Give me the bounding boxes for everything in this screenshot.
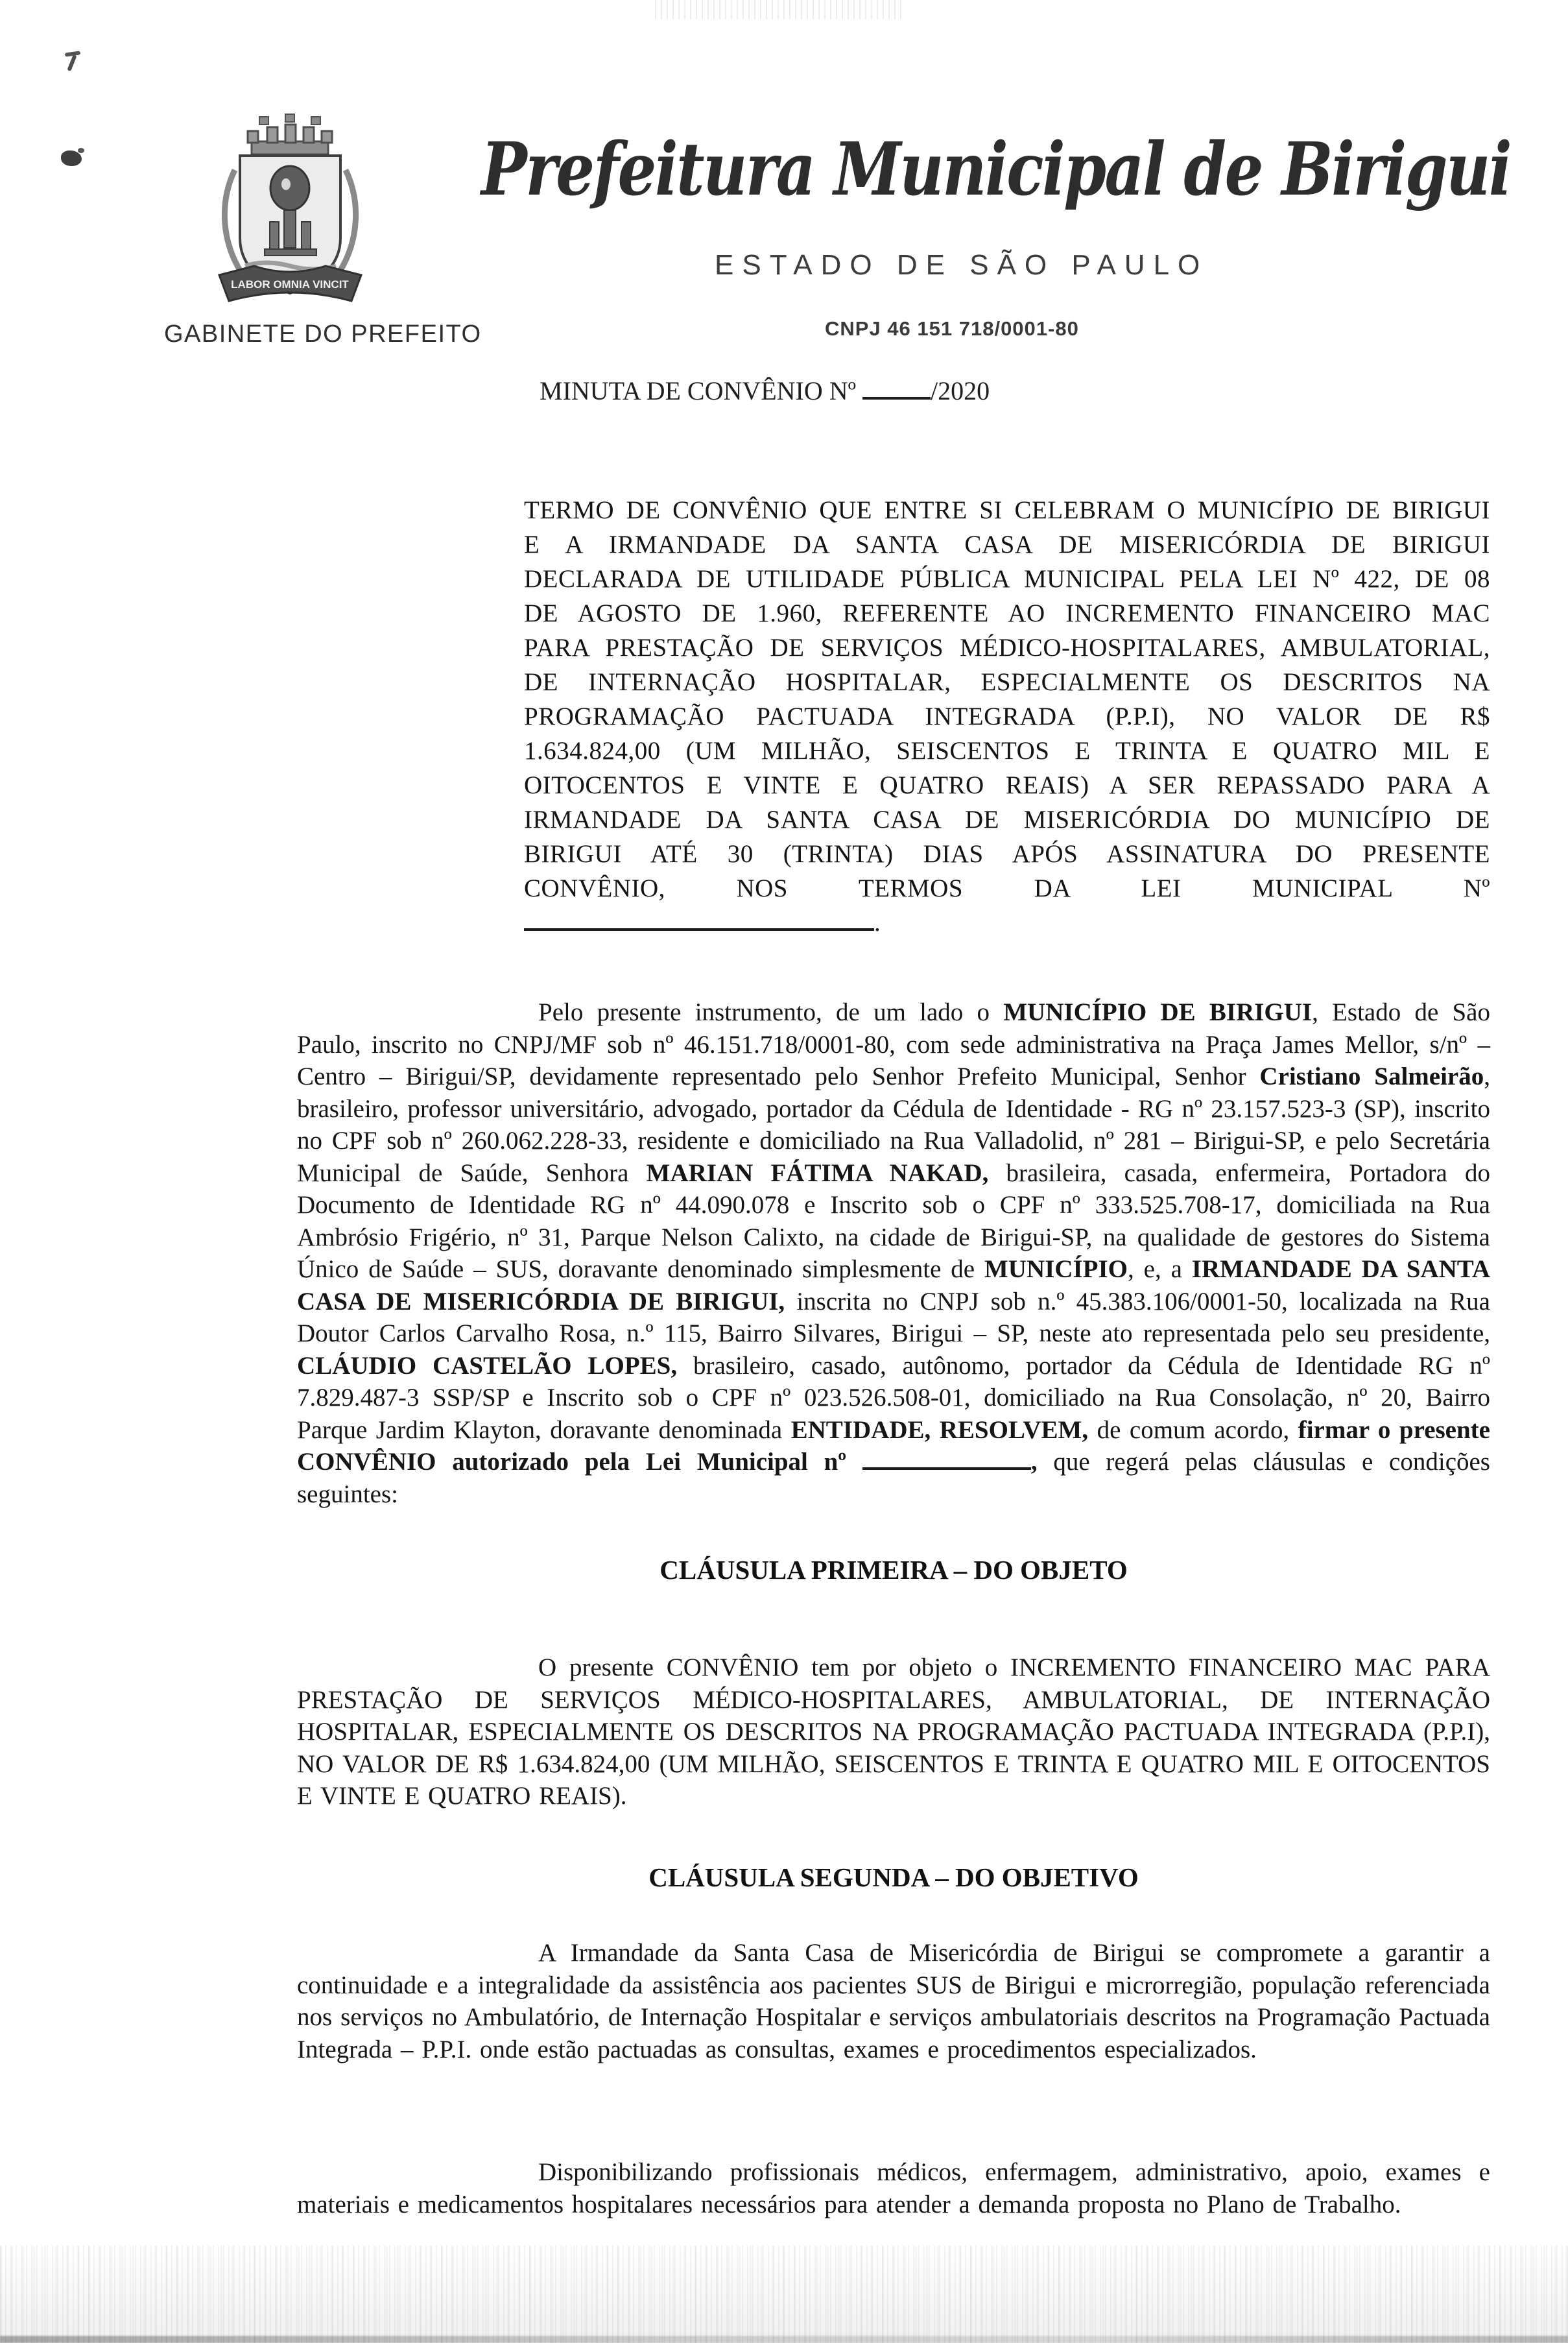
crown-icon [248,114,332,154]
scan-streaks-top [655,0,901,19]
motto-ribbon: LABOR OMNIA VINCIT [219,266,361,301]
scan-noise-band [0,2246,1568,2343]
recital-paragraph: TERMO DE CONVÊNIO QUE ENTRE SI CELEBRAM … [524,493,1490,940]
minuta-line: MINUTA DE CONVÊNIO Nº /2020 [540,375,990,406]
clause1-heading: CLÁUSULA PRIMEIRA – DO OBJETO [297,1554,1490,1585]
gabinete-caption: GABINETE DO PREFEITO [164,320,482,348]
scanned-document-page: { "header": { "title": "Prefeitura Munic… [0,0,1568,2343]
ink-mark-top-left [65,51,82,73]
coat-of-arms: LABOR OMNIA VINCIT [208,112,373,313]
clause2-paragraph-1: A Irmandade da Santa Casa de Misericórdi… [297,1937,1490,2065]
state-line: ESTADO DE SÃO PAULO [715,249,1208,282]
clause1-paragraph: O presente CONVÊNIO tem por objeto o INC… [297,1652,1490,1812]
clause2-paragraph-2: Disponibilizando profissionais médicos, … [297,2156,1490,2220]
motto-text: LABOR OMNIA VINCIT [231,278,349,291]
parties-paragraph: Pelo presente instrumento, de um lado o … [297,996,1490,1510]
cnpj-line: CNPJ 46 151 718/0001-80 [825,317,1079,341]
page-title: Prefeitura Municipal de Birigui [481,127,1510,212]
scan-dark-edge [0,2336,1568,2343]
clause2-heading: CLÁUSULA SEGUNDA – DO OBJETIVO [297,1862,1490,1893]
ink-mark-left [61,150,82,166]
